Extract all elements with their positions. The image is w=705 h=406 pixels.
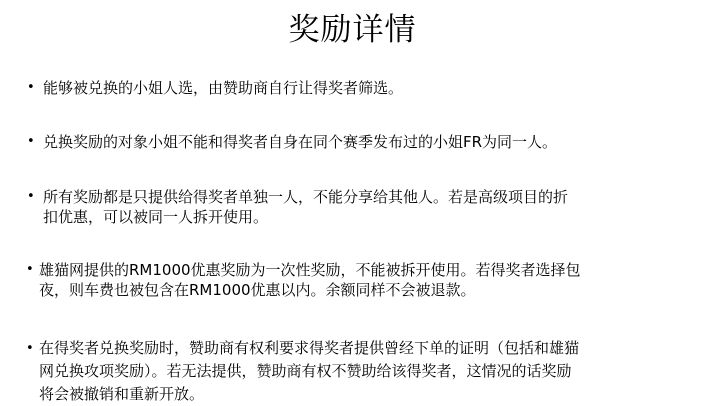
bullet-item-2: • 兑换奖励的对象小姐不能和得奖者自身在同个赛季发布过的小姐FR为同一人。 [43, 132, 557, 152]
bullet-icon: • [26, 260, 34, 280]
item-text-line: 在得奖者兑换奖励时，赞助商有权利要求得奖者提供曾经下单的证明（包括和雄猫 [39, 337, 579, 360]
bullet-icon: • [27, 187, 35, 207]
bullet-icon: • [27, 132, 35, 152]
item-text-line: 将会被撤销和重新开放。 [39, 383, 579, 406]
item-text-line: 扣优惠，可以被同一人拆开使用。 [43, 207, 568, 227]
bullet-item-1: • 能够被兑换的小姐人选，由赞助商自行让得奖者筛选。 [43, 78, 403, 98]
bullet-item-3: • 所有奖励都是只提供给得奖者单独一人，不能分享给其他人。若是高级项目的折 扣优… [43, 187, 568, 227]
slide-title: 奖励详情 [0, 4, 705, 49]
bullet-item-5: • 在得奖者兑换奖励时，赞助商有权利要求得奖者提供曾经下单的证明（包括和雄猫 网… [39, 337, 579, 406]
item-text-line: 雄猫网提供的RM1000优惠奖励为一次性奖励，不能被拆开使用。若得奖者选择包 [39, 260, 581, 280]
item-text-line: 兑换奖励的对象小姐不能和得奖者自身在同个赛季发布过的小姐FR为同一人。 [43, 132, 557, 152]
item-text-line: 夜，则车费也被包含在RM1000优惠以内。余额同样不会被退款。 [39, 280, 581, 300]
bullet-icon: • [27, 78, 35, 98]
item-text-line: 所有奖励都是只提供给得奖者单独一人，不能分享给其他人。若是高级项目的折 [43, 187, 568, 207]
item-text-line: 能够被兑换的小姐人选，由赞助商自行让得奖者筛选。 [43, 78, 403, 98]
bullet-item-4: • 雄猫网提供的RM1000优惠奖励为一次性奖励，不能被拆开使用。若得奖者选择包… [39, 260, 581, 300]
item-text-line: 网兑换攻项奖励）。若无法提供，赞助商有权不赞助给该得奖者，这情况的话奖励 [39, 360, 579, 383]
bullet-icon: • [26, 337, 34, 360]
